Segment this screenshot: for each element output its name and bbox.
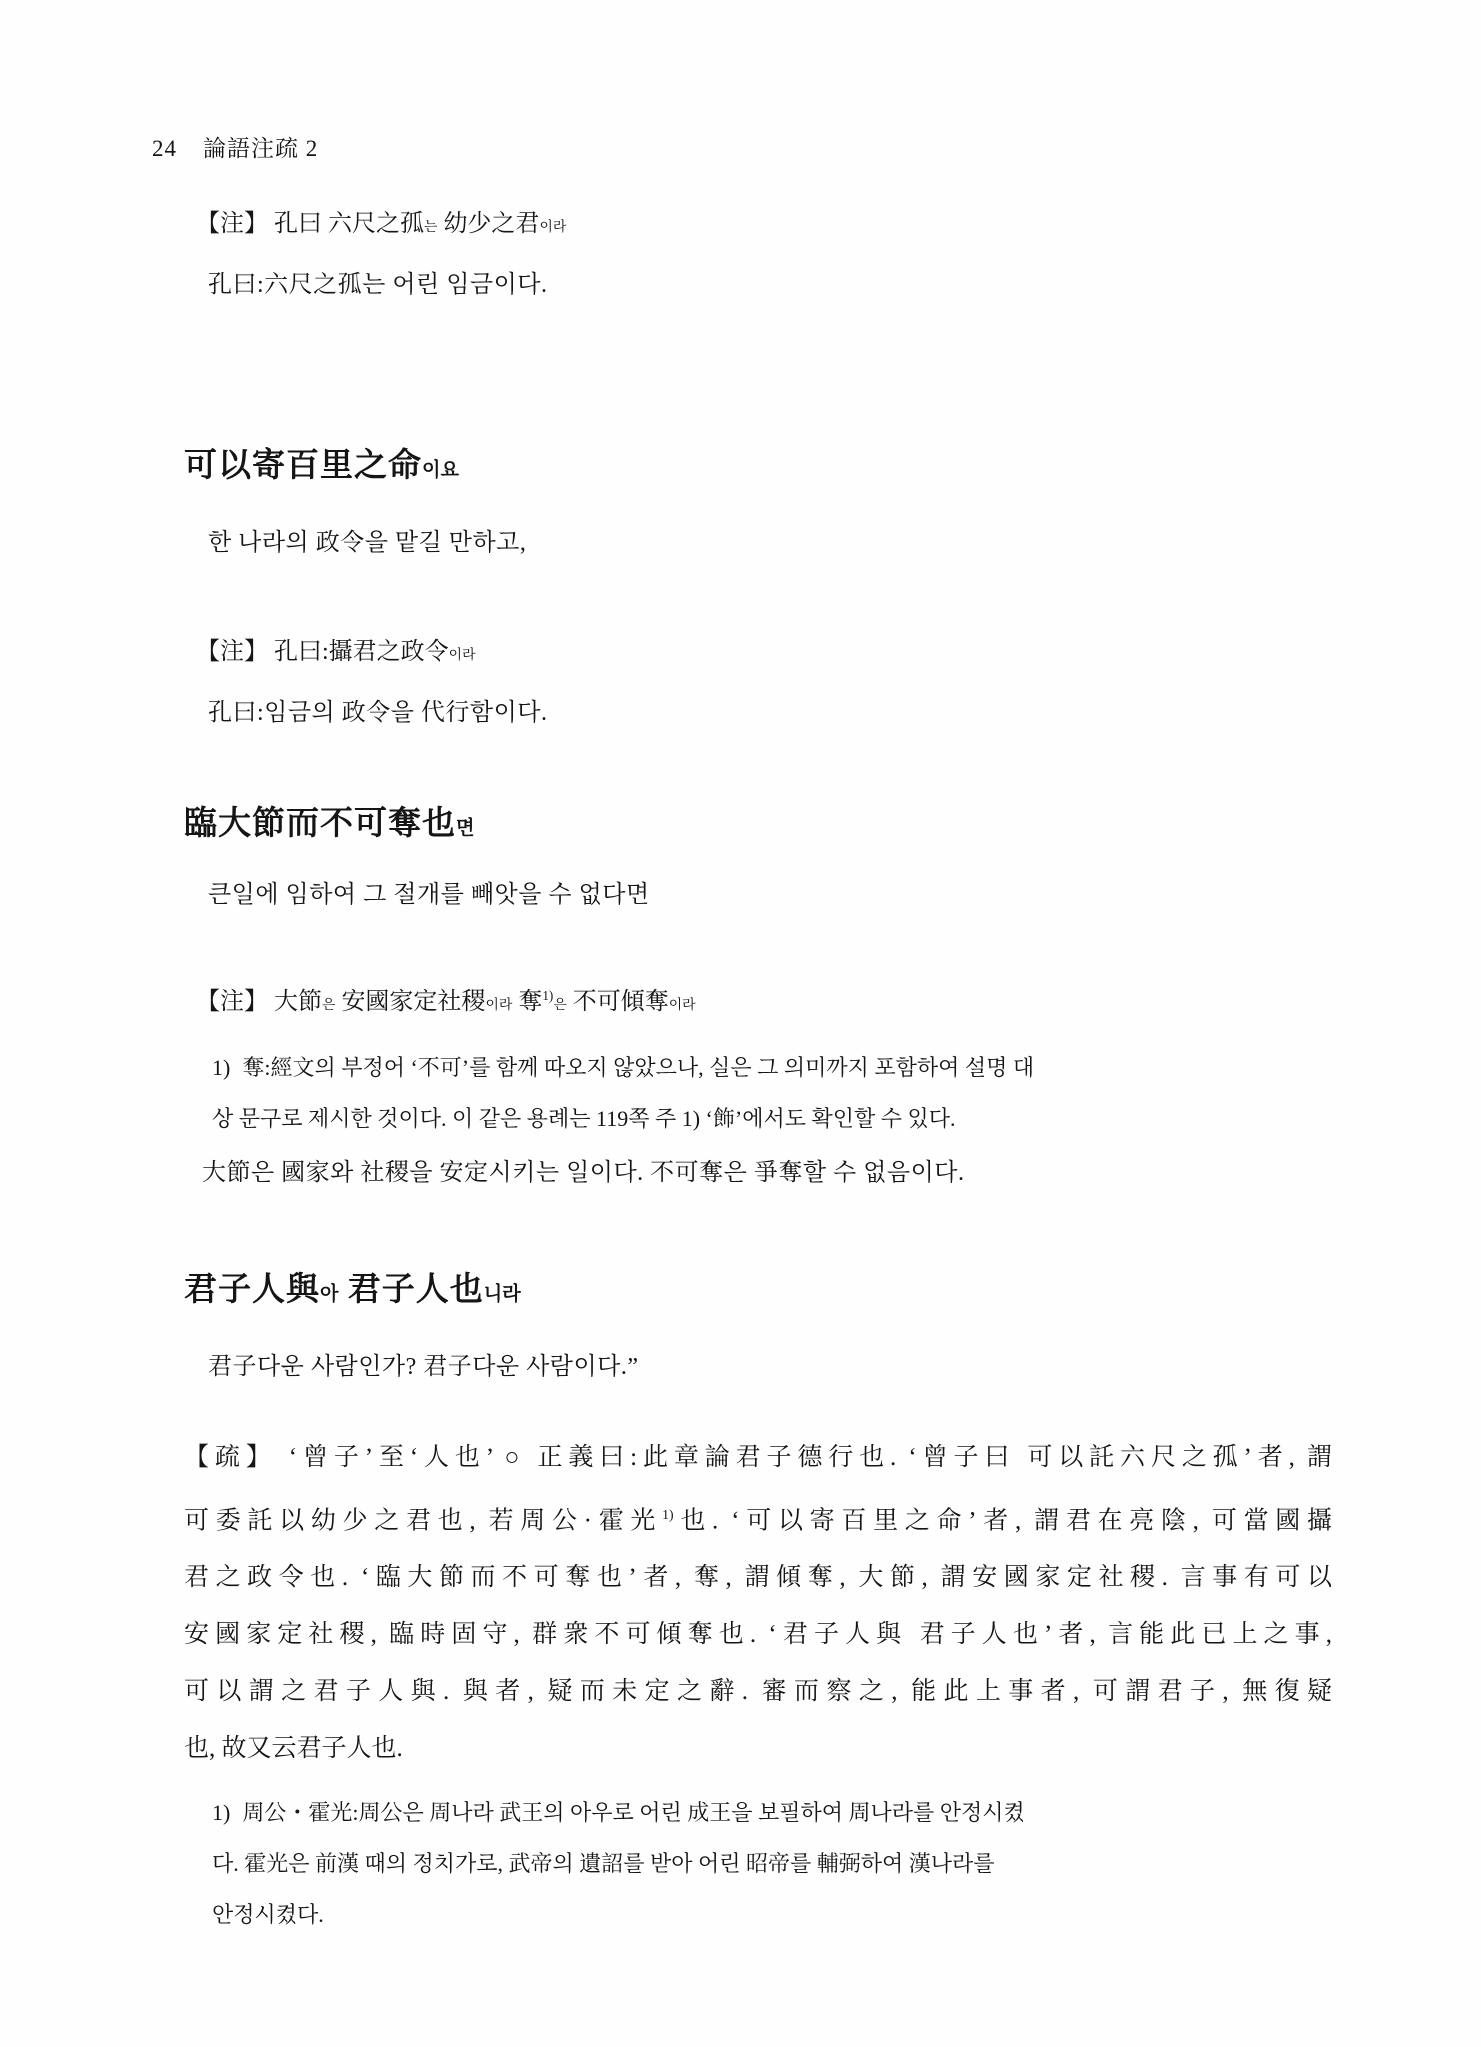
- text-run: 상 문구로 제시한 것이다. 이 같은 용례는 119쪽 주 1) ‘飾’에서도…: [212, 1106, 955, 1131]
- footnote-line: 다. 霍光은 前漢 때의 정치가로, 武帝의 遺詔를 받아 어린 昭帝를 輔弼하…: [212, 1838, 1366, 1889]
- heading-line: 君子人與아 君子人也니라: [184, 1263, 1331, 1310]
- note-line: 【注】 大節은 安國家定社稷이라 奪1)은 不可傾奪이라: [196, 981, 1331, 1016]
- text-run: 不可傾奪: [567, 989, 669, 1015]
- gugyeol-particle: 이라: [539, 220, 566, 235]
- gugyeol-particle: 이요: [422, 460, 459, 481]
- gugyeol-particle: 이라: [485, 998, 512, 1013]
- text-run: 君之政令也. ‘臨大節而不可奪也’者, 奪, 謂傾奪, 大節, 謂安國家定社稷.…: [184, 1564, 1332, 1591]
- text-run: 【注】 大節: [196, 989, 322, 1015]
- body-line: 大節은 國家와 社稷을 安定시키는 일이다. 不可奪은 爭奪할 수 없음이다.: [202, 1152, 1331, 1187]
- text-run: 也. ‘可以寄百里之命’者, 謂君在亮陰, 可當國攝: [674, 1507, 1332, 1534]
- text-run: 孔曰:六尺之孤는 어린 임금이다.: [208, 272, 547, 298]
- text-run: 可以謂之君子人與. 與者, 疑而未定之辭. 審而察之, 能此上事者, 可謂君子,…: [184, 1678, 1332, 1705]
- sou-line: 也, 故又云君子人也.: [184, 1720, 1332, 1777]
- text-run: 【注】 孔曰 六尺之孤: [196, 211, 424, 237]
- footnote-line: 1)周公・霍光:周公은 周나라 武王의 아우로 어린 成王을 보필하여 周나라를…: [212, 1787, 1366, 1838]
- block-note: 【注】 孔曰 六尺之孤는 幼少之君이라: [196, 203, 1331, 238]
- text-run: 臨大節而不可奪也: [184, 806, 456, 842]
- text-run: 可以寄百里之命: [184, 448, 422, 484]
- gugyeol-particle: 니라: [484, 1284, 521, 1305]
- text-run: 孔曰:임금의 政令을 代行함이다.: [208, 700, 547, 726]
- text-run: 奪:經文의 부정어 ‘不可’를 함께 따오지 않았으나, 실은 그 의미까지 포…: [242, 1055, 1034, 1080]
- text-run: 君子다운 사람인가? 君子다운 사람이다.”: [208, 1354, 639, 1380]
- block-sou: 【疏】 ‘曾子’至‘人也’ ○ 正義曰:此章論君子德行也. ‘曾子曰 可以託六尺…: [184, 1429, 1332, 1777]
- trans-line: 君子다운 사람인가? 君子다운 사람이다.”: [208, 1346, 1331, 1381]
- gugyeol-particle: 이라: [669, 998, 696, 1013]
- block-trans: 한 나라의 政令을 맡길 만하고,: [208, 522, 1331, 557]
- text-run: 也, 故又云君子人也.: [184, 1735, 403, 1762]
- text-run: 大節은 國家와 社稷을 安定시키는 일이다. 不可奪은 爭奪할 수 없음이다.: [202, 1160, 964, 1186]
- block-heading: 君子人與아 君子人也니라: [184, 1263, 1331, 1310]
- trans-line: 큰일에 임하여 그 절개를 빼앗을 수 없다면: [208, 874, 1331, 909]
- block-note: 【注】 大節은 安國家定社稷이라 奪1)은 不可傾奪이라: [196, 981, 1331, 1016]
- text-run: 幼少之君: [437, 211, 539, 237]
- gugyeol-particle: 이라: [449, 648, 476, 663]
- book-page: 24論語注疏 2 【注】 孔曰 六尺之孤는 幼少之君이라孔曰:六尺之孤는 어린 …: [0, 0, 1481, 2047]
- footnote-ref: 1): [542, 988, 553, 1003]
- text-run: 安國家定社稷: [335, 989, 485, 1015]
- footnote-line: 안정시켰다.: [212, 1889, 1366, 1940]
- text-run: 한 나라의 政令을 맡길 만하고,: [208, 530, 526, 556]
- block-trans: 큰일에 임하여 그 절개를 빼앗을 수 없다면: [208, 874, 1331, 909]
- block-body: 大節은 國家와 社稷을 安定시키는 일이다. 不可奪은 爭奪할 수 없음이다.: [202, 1152, 1331, 1187]
- block-trans: 孔曰:임금의 政令을 代行함이다.: [208, 692, 1331, 727]
- trans-line: 孔曰:임금의 政令을 代行함이다.: [208, 692, 1331, 727]
- footnote-ref: 1): [662, 1507, 673, 1522]
- footnote-label: 1): [212, 1055, 230, 1080]
- gugyeol-particle: 면: [456, 818, 474, 839]
- footnote-line: 상 문구로 제시한 것이다. 이 같은 용례는 119쪽 주 1) ‘飾’에서도…: [212, 1093, 1366, 1144]
- block-note: 【注】 孔曰:攝君之政令이라: [196, 631, 1331, 666]
- trans-line: 孔曰:六尺之孤는 어린 임금이다.: [208, 264, 1331, 299]
- heading-line: 可以寄百里之命이요: [184, 439, 1331, 486]
- sou-line: 【疏】 ‘曾子’至‘人也’ ○ 正義曰:此章論君子德行也. ‘曾子曰 可以託六尺…: [184, 1429, 1332, 1486]
- text-run: 可委託以幼少之君也, 若周公·霍光: [184, 1507, 662, 1534]
- text-run: 安國家定社稷, 臨時固守, 群衆不可傾奪也. ‘君子人與 君子人也’者, 言能此…: [184, 1621, 1332, 1648]
- note-line: 【注】 孔曰:攝君之政令이라: [196, 631, 1331, 666]
- gugyeol-particle: 아: [320, 1284, 338, 1305]
- sou-line: 安國家定社稷, 臨時固守, 群衆不可傾奪也. ‘君子人與 君子人也’者, 言能此…: [184, 1606, 1332, 1663]
- gugyeol-particle: 은: [322, 998, 335, 1013]
- block-footnote: 1)周公・霍光:周公은 周나라 武王의 아우로 어린 成王을 보필하여 周나라를…: [212, 1787, 1331, 1940]
- block-heading: 可以寄百里之命이요: [184, 439, 1331, 486]
- page-number: 24: [152, 136, 177, 161]
- footnote-line: 1)奪:經文의 부정어 ‘不可’를 함께 따오지 않았으나, 실은 그 의미까지…: [212, 1042, 1366, 1093]
- text-run: 안정시켰다.: [212, 1902, 324, 1927]
- sou-line: 可委託以幼少之君也, 若周公·霍光1)也. ‘可以寄百里之命’者, 謂君在亮陰,…: [184, 1486, 1332, 1549]
- running-title: 論語注疏 2: [203, 136, 318, 161]
- text-run: 【疏】 ‘曾子’至‘人也’ ○ 正義曰:此章論君子德行也. ‘曾子曰 可以託六尺…: [184, 1444, 1332, 1471]
- block-heading: 臨大節而不可奪也면: [184, 797, 1331, 844]
- text-run: 君子人與: [184, 1272, 320, 1308]
- footnote-label: 1): [212, 1800, 230, 1825]
- gugyeol-particle: 는: [424, 220, 437, 235]
- page-content: 【注】 孔曰 六尺之孤는 幼少之君이라孔曰:六尺之孤는 어린 임금이다.可以寄百…: [150, 203, 1331, 1940]
- text-run: 【注】 孔曰:攝君之政令: [196, 639, 449, 665]
- text-run: 君子人也: [338, 1272, 483, 1308]
- text-run: 奪: [512, 989, 542, 1015]
- text-run: 다. 霍光은 前漢 때의 정치가로, 武帝의 遺詔를 받아 어린 昭帝를 輔弼하…: [212, 1851, 995, 1876]
- heading-line: 臨大節而不可奪也면: [184, 797, 1331, 844]
- note-line: 【注】 孔曰 六尺之孤는 幼少之君이라: [196, 203, 1331, 238]
- page-header: 24論語注疏 2: [152, 130, 1331, 163]
- sou-line: 君之政令也. ‘臨大節而不可奪也’者, 奪, 謂傾奪, 大節, 謂安國家定社稷.…: [184, 1549, 1332, 1606]
- gugyeol-particle: 은: [553, 998, 566, 1013]
- block-footnote: 1)奪:經文의 부정어 ‘不可’를 함께 따오지 않았으나, 실은 그 의미까지…: [212, 1042, 1331, 1144]
- block-trans: 君子다운 사람인가? 君子다운 사람이다.”: [208, 1346, 1331, 1381]
- text-run: 周公・霍光:周公은 周나라 武王의 아우로 어린 成王을 보필하여 周나라를 안…: [242, 1800, 1024, 1825]
- sou-line: 可以謂之君子人與. 與者, 疑而未定之辭. 審而察之, 能此上事者, 可謂君子,…: [184, 1663, 1332, 1720]
- text-run: 큰일에 임하여 그 절개를 빼앗을 수 없다면: [208, 882, 650, 908]
- trans-line: 한 나라의 政令을 맡길 만하고,: [208, 522, 1331, 557]
- block-trans: 孔曰:六尺之孤는 어린 임금이다.: [208, 264, 1331, 299]
